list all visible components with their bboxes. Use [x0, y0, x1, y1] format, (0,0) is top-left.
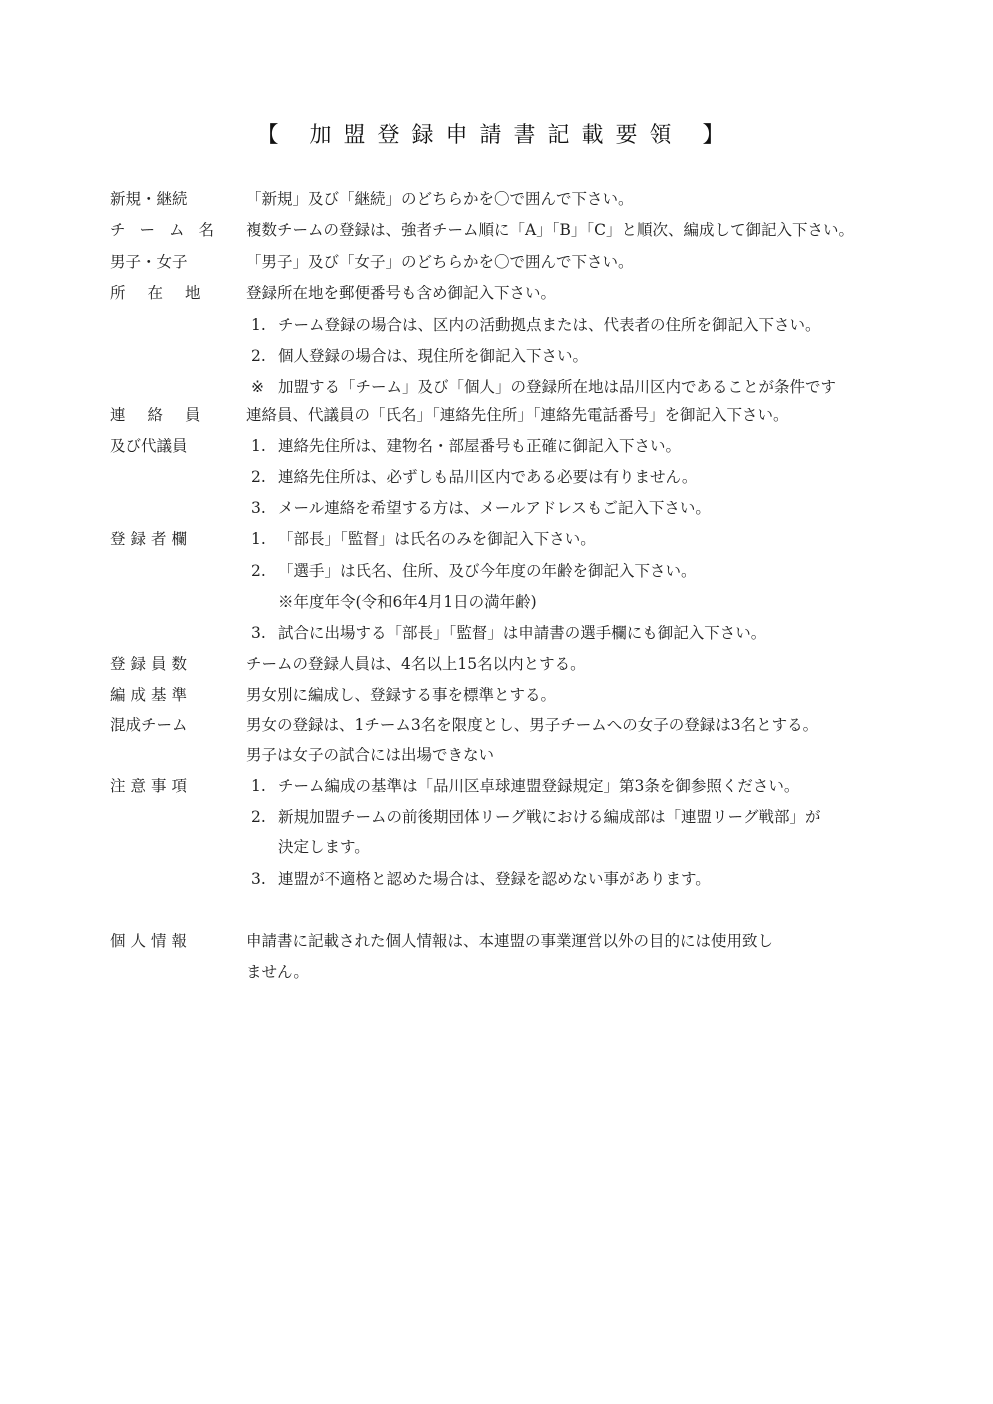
- item-text: 連絡先住所は、建物名・部屋番号も正確に御記入下さい。: [278, 437, 681, 455]
- row-new-continue: 新規・継続 「新規」及び「継続」のどちらかを〇で囲んで下さい。: [0, 185, 993, 213]
- item-number: 2.: [251, 803, 278, 831]
- row-notes-1: 注意事項 1.チーム編成の基準は「品川区卓球連盟登録規定」第3条を御参照ください…: [0, 772, 993, 800]
- list-item: 1.連絡先住所は、建物名・部屋番号も正確に御記入下さい。: [251, 432, 681, 460]
- label-contact: 連絡員: [110, 401, 210, 429]
- item-text: 連絡先住所は、必ずしも品川区内である必要は有りません。: [278, 468, 697, 486]
- text-formation-standard: 男女別に編成し、登録する事を標準とする。: [246, 681, 556, 709]
- row-privacy: 個人情報 申請書に記載された個人情報は、本連盟の事業運営以外の目的には使用致し: [0, 927, 993, 955]
- list-item: 1.チーム編成の基準は「品川区卓球連盟登録規定」第3条を御参照ください。: [251, 772, 799, 800]
- item-text: チーム登録の場合は、区内の活動拠点または、代表者の住所を御記入下さい。: [278, 316, 821, 334]
- list-item: 2.「選手」は氏名、住所、及び今年度の年齢を御記入下さい。: [251, 557, 697, 585]
- row-registrants-1: 登録者欄 1.「部長」「監督」は氏名のみを御記入下さい。: [0, 525, 993, 553]
- text-new-continue: 「新規」及び「継続」のどちらかを〇で囲んで下さい。: [246, 185, 634, 213]
- text-contact: 連絡員、代議員の「氏名」「連絡先住所」「連絡先電話番号」を御記入下さい。: [246, 401, 789, 429]
- text-team-name: 複数チームの登録は、強者チーム順に「A」「B」「C」と順次、編成して御記入下さい…: [246, 216, 854, 244]
- label-location: 所在地: [110, 279, 210, 307]
- label-new-continue: 新規・継続: [110, 185, 210, 213]
- label-mixed-team: 混成チーム: [110, 711, 210, 739]
- row-team-name: チーム名 複数チームの登録は、強者チーム順に「A」「B」「C」と順次、編成して御…: [0, 216, 993, 244]
- label-registrants: 登録者欄: [110, 525, 210, 553]
- label-delegate: 及び代議員: [110, 432, 210, 460]
- list-item: 2.新規加盟チームの前後期団体リーグ戦における編成部は「連盟リーグ戦部」が: [251, 803, 821, 831]
- row-registrants-age-note: ※年度年令(令和6年4月1日の満年齢): [0, 588, 993, 616]
- text-privacy-cont: ません。: [246, 958, 309, 986]
- item-number: 3.: [251, 865, 278, 893]
- row-gender: 男子・女子 「男子」及び「女子」のどちらかを〇で囲んで下さい。: [0, 248, 993, 276]
- item-number: 3.: [251, 619, 278, 647]
- item-text: 「選手」は氏名、住所、及び今年度の年齢を御記入下さい。: [278, 562, 697, 580]
- label-team-name: チーム名: [110, 216, 210, 244]
- row-notes-3: 3.連盟が不適格と認めた場合は、登録を認めない事があります。: [0, 865, 993, 893]
- text-privacy: 申請書に記載された個人情報は、本連盟の事業運営以外の目的には使用致し: [246, 927, 773, 955]
- item-text: 試合に出場する「部長」「監督」は申請書の選手欄にも御記入下さい。: [278, 624, 766, 642]
- text-member-count: チームの登録人員は、4名以上15名以内とする。: [246, 650, 586, 678]
- list-item: 3.試合に出場する「部長」「監督」は申請書の選手欄にも御記入下さい。: [251, 619, 766, 647]
- row-location-1: 1.チーム登録の場合は、区内の活動拠点または、代表者の住所を御記入下さい。: [0, 311, 993, 339]
- list-item: 2.連絡先住所は、必ずしも品川区内である必要は有りません。: [251, 463, 697, 491]
- item-text: メール連絡を希望する方は、メールアドレスもご記入下さい。: [278, 499, 711, 517]
- label-formation-standard: 編成基準: [110, 681, 210, 709]
- row-contact-1: 及び代議員 1.連絡先住所は、建物名・部屋番号も正確に御記入下さい。: [0, 432, 993, 460]
- row-mixed-team: 混成チーム 男女の登録は、1チーム3名を限度とし、男子チームへの女子の登録は3名…: [0, 711, 993, 739]
- item-number: 1.: [251, 432, 278, 460]
- item-text: 「部長」「監督」は氏名のみを御記入下さい。: [278, 530, 596, 548]
- label-member-count: 登録員数: [110, 650, 210, 678]
- list-item: ※加盟する「チーム」及び「個人」の登録所在地は品川区内であることが条件です: [251, 373, 836, 401]
- text-location: 登録所在地を郵便番号も含め御記入下さい。: [246, 279, 556, 307]
- row-location: 所在地 登録所在地を郵便番号も含め御記入下さい。: [0, 279, 993, 307]
- list-item: 3.連盟が不適格と認めた場合は、登録を認めない事があります。: [251, 865, 711, 893]
- row-contact: 連絡員 連絡員、代議員の「氏名」「連絡先住所」「連絡先電話番号」を御記入下さい。: [0, 401, 993, 429]
- item-number: 3.: [251, 494, 278, 522]
- row-member-count: 登録員数 チームの登録人員は、4名以上15名以内とする。: [0, 650, 993, 678]
- item-number: 1.: [251, 311, 278, 339]
- item-number: 2.: [251, 342, 278, 370]
- page-title: 【 加盟登録申請書記載要領 】: [0, 118, 993, 149]
- item-number: 1.: [251, 525, 278, 553]
- item-number: 2.: [251, 463, 278, 491]
- item-text: 新規加盟チームの前後期団体リーグ戦における編成部は「連盟リーグ戦部」が: [278, 808, 821, 826]
- note-mark: ※: [251, 373, 278, 401]
- item-text: 加盟する「チーム」及び「個人」の登録所在地は品川区内であることが条件です: [278, 378, 836, 396]
- item-text: 個人登録の場合は、現住所を御記入下さい。: [278, 347, 588, 365]
- row-contact-2: 2.連絡先住所は、必ずしも品川区内である必要は有りません。: [0, 463, 993, 491]
- label-privacy: 個人情報: [110, 927, 210, 955]
- item-text: チーム編成の基準は「品川区卓球連盟登録規定」第3条を御参照ください。: [278, 777, 799, 795]
- item-number: 2.: [251, 557, 278, 585]
- row-privacy-cont: ません。: [0, 958, 993, 986]
- list-item: 1.チーム登録の場合は、区内の活動拠点または、代表者の住所を御記入下さい。: [251, 311, 821, 339]
- row-registrants-3: 3.試合に出場する「部長」「監督」は申請書の選手欄にも御記入下さい。: [0, 619, 993, 647]
- item-text-cont: 決定します。: [278, 833, 370, 861]
- row-contact-3: 3.メール連絡を希望する方は、メールアドレスもご記入下さい。: [0, 494, 993, 522]
- row-notes-2: 2.新規加盟チームの前後期団体リーグ戦における編成部は「連盟リーグ戦部」が: [0, 803, 993, 831]
- list-item: 2.個人登録の場合は、現住所を御記入下さい。: [251, 342, 588, 370]
- row-location-2: 2.個人登録の場合は、現住所を御記入下さい。: [0, 342, 993, 370]
- text-gender: 「男子」及び「女子」のどちらかを〇で囲んで下さい。: [246, 248, 634, 276]
- list-item: 1.「部長」「監督」は氏名のみを御記入下さい。: [251, 525, 596, 553]
- row-formation-standard: 編成基準 男女別に編成し、登録する事を標準とする。: [0, 681, 993, 709]
- age-note: ※年度年令(令和6年4月1日の満年齢): [278, 588, 537, 616]
- item-number: 1.: [251, 772, 278, 800]
- label-notes: 注意事項: [110, 772, 210, 800]
- list-item: 3.メール連絡を希望する方は、メールアドレスもご記入下さい。: [251, 494, 711, 522]
- row-registrants-2: 2.「選手」は氏名、住所、及び今年度の年齢を御記入下さい。: [0, 557, 993, 585]
- row-notes-2-cont: 決定します。: [0, 833, 993, 861]
- row-location-note: ※加盟する「チーム」及び「個人」の登録所在地は品川区内であることが条件です: [0, 373, 993, 401]
- row-mixed-team-cont: 男子は女子の試合には出場できない: [0, 741, 993, 769]
- label-gender: 男子・女子: [110, 248, 210, 276]
- text-mixed-team-cont: 男子は女子の試合には出場できない: [246, 741, 494, 769]
- text-mixed-team: 男女の登録は、1チーム3名を限度とし、男子チームへの女子の登録は3名とする。: [246, 711, 818, 739]
- item-text: 連盟が不適格と認めた場合は、登録を認めない事があります。: [278, 870, 711, 888]
